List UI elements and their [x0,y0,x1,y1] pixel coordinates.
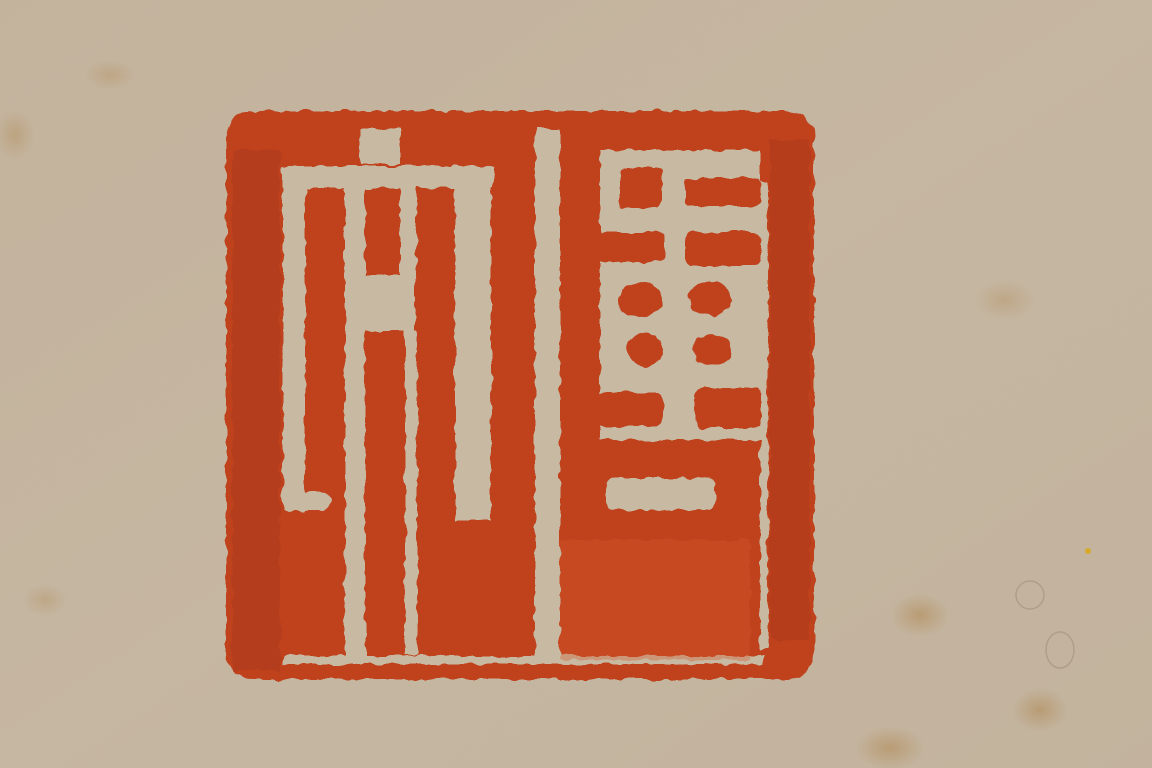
seal-stamp [226,111,814,679]
gold-fleck [1085,548,1091,554]
seal-photo [0,0,1152,768]
photo-scene: Red square seal impression on aged paper [0,0,1152,768]
